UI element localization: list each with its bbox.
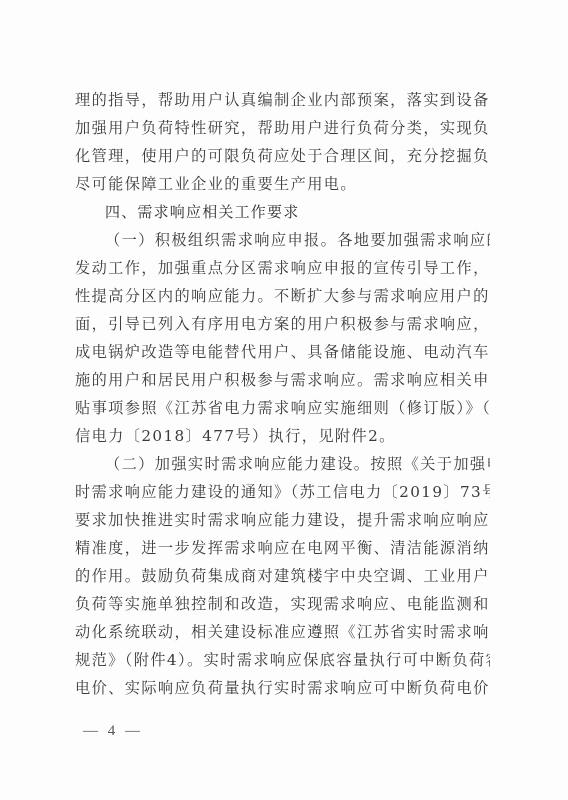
text-line: 施的用户和居民用户积极参与需求响应。需求响应相关申报及补	[75, 366, 490, 394]
text-line: （二）加强实时需求响应能力建设。按照《关于加强电力实	[75, 450, 490, 478]
text-line: 要求加快推进实时需求响应能力建设，提升需求响应响应速度和	[75, 506, 490, 534]
text-line: 精准度，进一步发挥需求响应在电网平衡、清洁能源消纳等方面	[75, 534, 490, 562]
text-line: 规范》（附件4）。实时需求响应保底容量执行可中断负荷容量	[75, 646, 490, 674]
text-line: 的作用。鼓励负荷集成商对建筑楼宇中央空调、工业用户可中断	[75, 562, 490, 590]
document-page: 理的指导，帮助用户认真编制企业内部预案，落实到设备和容量。 加强用户负荷特性研究…	[0, 0, 568, 800]
text-line: 贴事项参照《江苏省电力需求响应实施细则（修订版）》（苏经	[75, 394, 490, 422]
section-heading: 四、需求响应相关工作要求	[75, 198, 490, 226]
text-line: 负荷等实施单独控制和改造，实现需求响应、电能监测和工业自	[75, 590, 490, 618]
text-line: 化管理，使用户的可限负荷应处于合理区间，充分挖掘负荷潜力，	[75, 142, 490, 170]
page-number: — 4 —	[83, 723, 143, 740]
text-line: 成电锅炉改造等电能替代用户、具备储能设施、电动汽车充电设	[75, 338, 490, 366]
text-line: 面，引导已列入有序用电方案的用户积极参与需求响应，鼓励完	[75, 310, 490, 338]
text-line: 加强用户负荷特性研究，帮助用户进行负荷分类，实现负荷精细	[75, 114, 490, 142]
text-line: （一）积极组织需求响应申报。各地要加强需求响应的宣传	[75, 226, 490, 254]
document-body: 理的指导，帮助用户认真编制企业内部预案，落实到设备和容量。 加强用户负荷特性研究…	[75, 86, 490, 702]
text-line: 信电力〔2018〕477号）执行，见附件2。	[75, 422, 490, 450]
text-line: 尽可能保障工业企业的重要生产用电。	[75, 170, 490, 198]
text-line: 时需求响应能力建设的通知》（苏工信电力〔2019〕73号）有关	[75, 478, 490, 506]
text-line: 发动工作，加强重点分区需求响应申报的宣传引导工作，有针对	[75, 254, 490, 282]
text-line: 动化系统联动，相关建设标准应遵照《江苏省实时需求响应技术	[75, 618, 490, 646]
text-line: 性提高分区内的响应能力。不断扩大参与需求响应用户的覆盖	[75, 282, 490, 310]
text-line: 电价、实际响应负荷量执行实时需求响应可中断负荷电价。	[75, 674, 490, 702]
text-line: 理的指导，帮助用户认真编制企业内部预案，落实到设备和容量。	[75, 86, 490, 114]
